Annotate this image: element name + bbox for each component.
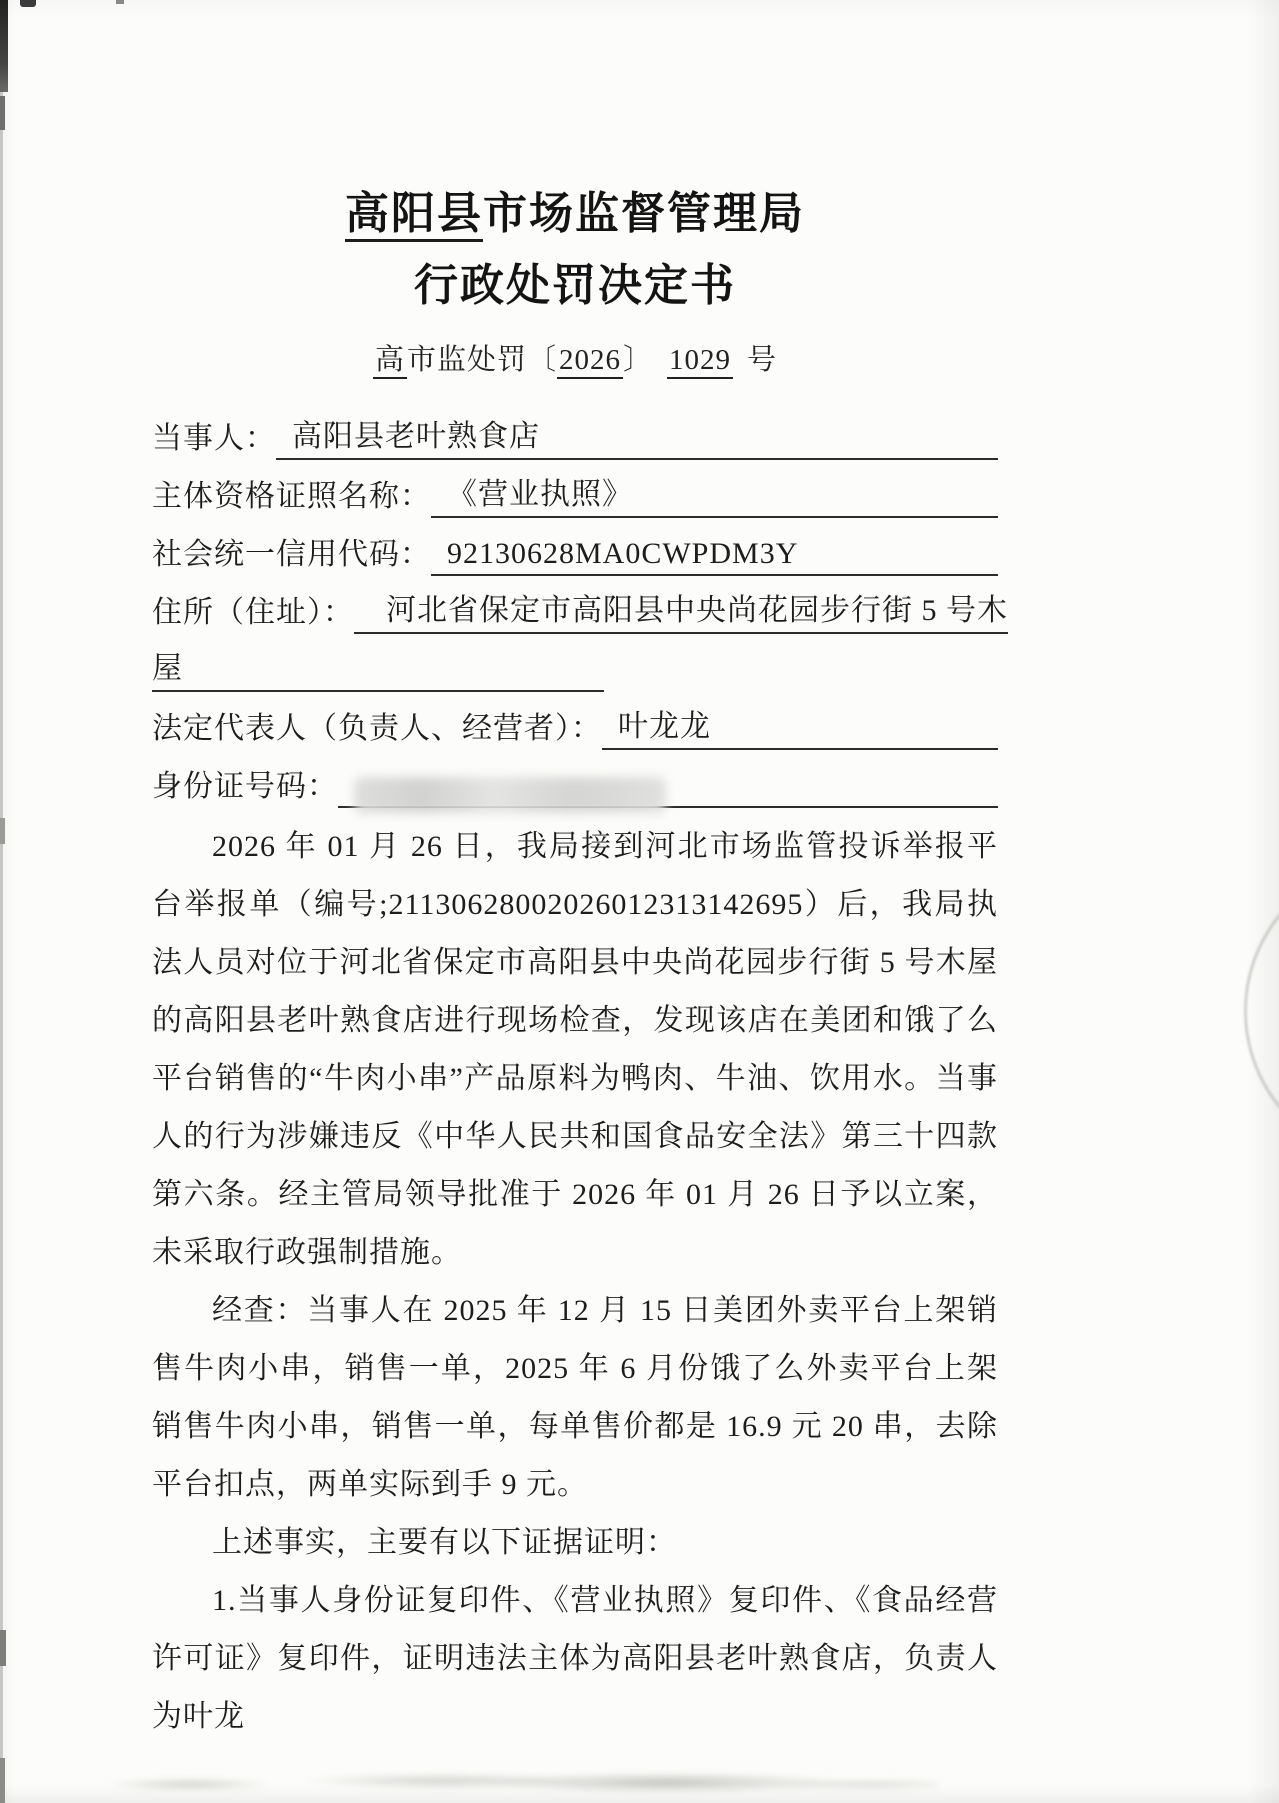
field-license-name: 主体资格证照名称： 《营业执照》 bbox=[152, 460, 998, 518]
org-title-underlined-part: 高阳县 bbox=[345, 189, 483, 242]
scanned-penalty-decision-page: 高阳县市场监督管理局 行政处罚决定书 高市监处罚〔2026〕1029号 当事人：… bbox=[0, 0, 1279, 1803]
docnum-suffix: 号 bbox=[747, 344, 777, 376]
form-fields: 当事人： 高阳县老叶熟食店 主体资格证照名称： 《营业执照》 社会统一信用代码：… bbox=[152, 402, 998, 808]
scan-artifact-bottom-smudge bbox=[88, 1764, 938, 1798]
field-credit-value: 92130628MA0CWPDM3Y bbox=[431, 537, 998, 576]
field-party-label: 当事人： bbox=[152, 413, 276, 460]
scan-artifact-left-edge-mark-lower bbox=[0, 1630, 6, 1666]
field-legal-rep: 法定代表人（负责人、经营者）： 叶龙龙 bbox=[152, 692, 998, 750]
docnum-serial: 1029 bbox=[667, 344, 733, 379]
scan-artifact-left-edge-dark-top bbox=[0, 0, 8, 92]
document-content: 高阳县市场监督管理局 行政处罚决定书 高市监处罚〔2026〕1029号 当事人：… bbox=[152, 0, 998, 1746]
scan-artifact-left-edge-mark-middle bbox=[0, 818, 5, 844]
scan-artifact-left-edge-mark-upper bbox=[0, 96, 5, 130]
field-credit-label: 社会统一信用代码： bbox=[152, 529, 431, 576]
paragraph-case-origin: 2026 年 01 月 26 日，我局接到河北市场监管投诉举报平台举报单（编号;… bbox=[152, 818, 998, 1282]
document-number-line: 高市监处罚〔2026〕1029号 bbox=[152, 340, 998, 380]
field-license-label: 主体资格证照名称： bbox=[152, 471, 431, 518]
field-legal-rep-value: 叶龙龙 bbox=[602, 701, 998, 750]
field-id-label: 身份证号码： bbox=[152, 761, 338, 808]
docnum-agency-abbr: 高 bbox=[373, 344, 407, 379]
field-address-value: 河北省保定市高阳县中央尚花园步行街 5 号木 bbox=[354, 585, 1008, 634]
scan-artifact-left-edge-mark-bottom bbox=[0, 1758, 5, 1803]
field-license-value: 《营业执照》 bbox=[431, 469, 998, 518]
field-id-number: 身份证号码： bbox=[152, 750, 998, 808]
paragraph-evidence-item1: 1.当事人身份证复印件、《营业执照》复印件、《食品经营许可证》复印件，证明违法主… bbox=[152, 1572, 998, 1746]
field-id-value bbox=[338, 769, 998, 808]
scan-artifact-top-speck-small bbox=[116, 0, 124, 4]
field-party: 当事人： 高阳县老叶熟食店 bbox=[152, 402, 998, 460]
field-address-label: 住所（住址）： bbox=[152, 587, 354, 634]
field-party-value: 高阳县老叶熟食店 bbox=[276, 411, 998, 460]
docnum-year: 2026 bbox=[557, 344, 623, 379]
docnum-mid: 市监处罚〔 bbox=[407, 344, 557, 376]
field-address-wrap-value: 屋 bbox=[152, 643, 604, 692]
org-title-rest: 市场监督管理局 bbox=[483, 189, 805, 238]
document-type-title: 行政处罚决定书 bbox=[152, 258, 998, 314]
scan-artifact-top-speck bbox=[20, 0, 36, 7]
field-credit-code: 社会统一信用代码： 92130628MA0CWPDM3Y bbox=[152, 518, 998, 576]
field-address: 住所（住址）： 河北省保定市高阳县中央尚花园步行街 5 号木 bbox=[152, 576, 998, 634]
document-body: 2026 年 01 月 26 日，我局接到河北市场监管投诉举报平台举报单（编号;… bbox=[152, 818, 998, 1746]
field-address-wrap: 屋 bbox=[152, 634, 998, 692]
faint-stamp-arc bbox=[1244, 858, 1279, 1164]
scan-artifact-left-edge-line bbox=[0, 0, 3, 1803]
paragraph-evidence-intro: 上述事实，主要有以下证据证明： bbox=[152, 1514, 998, 1572]
document-org-title: 高阳县市场监督管理局 bbox=[152, 186, 998, 242]
field-legal-rep-label: 法定代表人（负责人、经营者）： bbox=[152, 703, 602, 750]
docnum-bracket: 〕 bbox=[623, 344, 653, 376]
paragraph-investigation: 经查：当事人在 2025 年 12 月 15 日美团外卖平台上架销售牛肉小串，销… bbox=[152, 1282, 998, 1514]
redacted-id-number bbox=[354, 777, 666, 813]
